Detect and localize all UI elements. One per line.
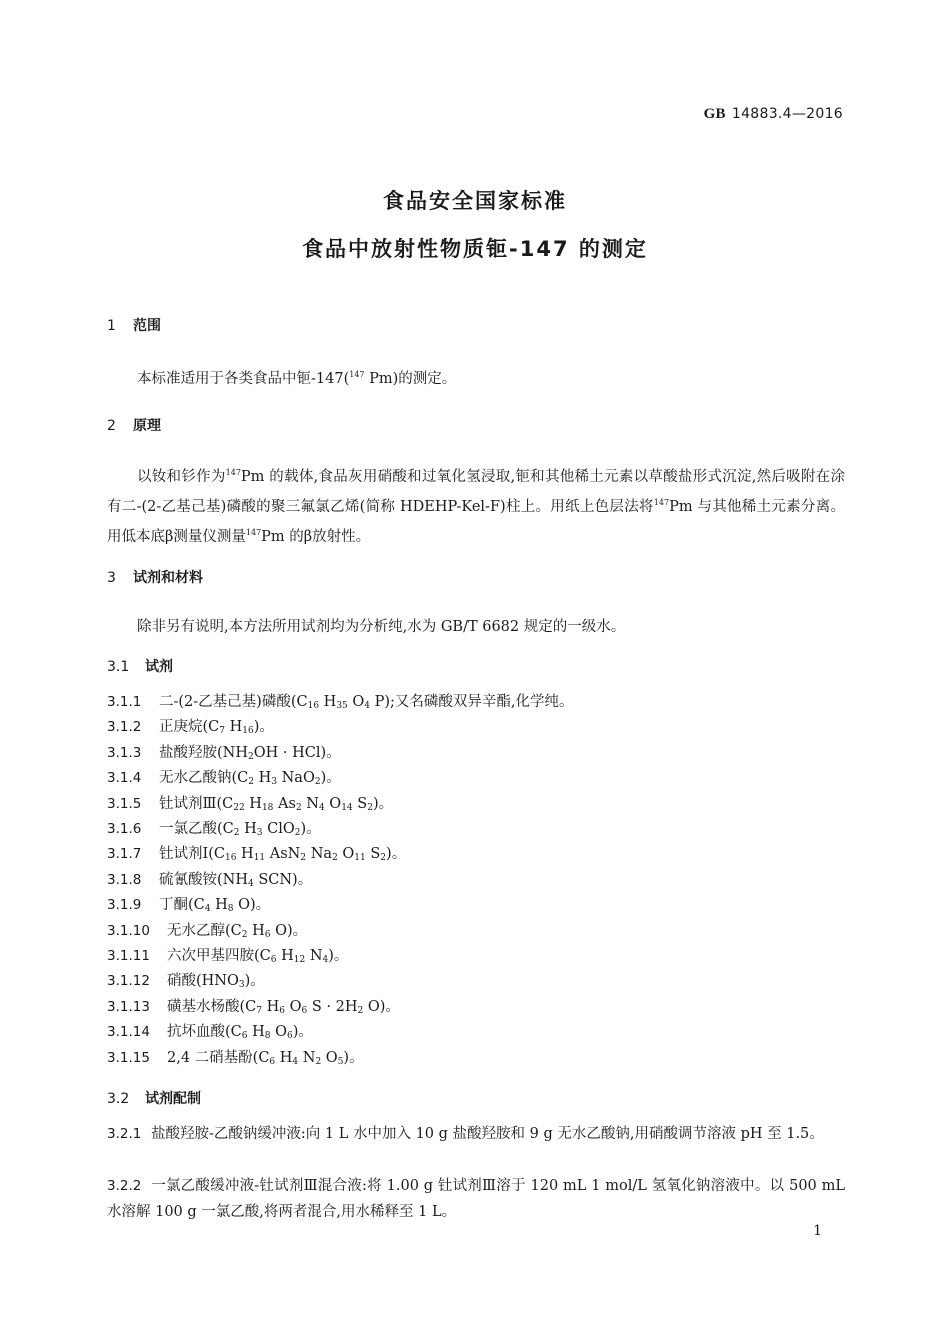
reagent-text: 钍试剂Ⅲ(C22 H18 As2 N4 O14 S2)。 [159, 796, 393, 812]
reagent-text: 二-(2-乙基己基)磷酸(C16 H35 O4 P);又名磷酸双异辛酯,化学纯。 [159, 694, 574, 710]
reagent-number: 3.1.10 [107, 923, 167, 939]
reagent-item: 3.1.11六次甲基四胺(C6 H12 N4)。 [107, 944, 348, 965]
reagent-text: 磺基水杨酸(C7 H6 O6 S · 2H2 O)。 [167, 999, 400, 1015]
reagent-text: 2,4 二硝基酚(C6 H4 N2 O5)。 [167, 1050, 364, 1066]
reagent-number: 3.1.2 [107, 719, 159, 735]
reagent-number: 3.1.9 [107, 897, 159, 913]
reagent-item: 3.1.4无水乙酸钠(C2 H3 NaO2)。 [107, 766, 341, 787]
reagent-number: 3.1.14 [107, 1024, 167, 1040]
reagent-text: 无水乙酸钠(C2 H3 NaO2)。 [159, 770, 341, 786]
reagent-item: 3.1.152,4 二硝基酚(C6 H4 N2 O5)。 [107, 1046, 364, 1067]
reagent-text: 一氯乙酸(C2 H3 ClO2)。 [159, 821, 321, 837]
gb-label: GB [704, 106, 726, 122]
reagent-text: 硫氰酸铵(NH4 SCN)。 [159, 872, 312, 888]
reagent-item: 3.1.2正庚烷(C7 H16)。 [107, 715, 274, 736]
reagent-item: 3.1.1二-(2-乙基己基)磷酸(C16 H35 O4 P);又名磷酸双异辛酯… [107, 690, 574, 711]
section-heading-reagents-materials: 3试剂和材料 [107, 567, 203, 587]
reagent-number: 3.1.12 [107, 973, 167, 989]
reagent-item: 3.1.9丁酮(C4 H8 O)。 [107, 893, 270, 914]
section-heading-reagent-preparation: 3.2试剂配制 [107, 1088, 201, 1108]
standard-number: GB14883.4—2016 [704, 106, 843, 123]
reagent-number: 3.1.3 [107, 745, 159, 761]
reagent-text: 盐酸羟胺(NH2OH · HCl)。 [159, 745, 341, 761]
reagent-item: 3.1.10无水乙醇(C2 H6 O)。 [107, 919, 307, 940]
reagent-number: 3.1.6 [107, 821, 159, 837]
preparation-item: 3.2.2一氯乙酸缓冲液-钍试剂Ⅲ混合液:将 1.00 g 钍试剂Ⅲ溶于 120… [107, 1173, 845, 1225]
reagent-text: 丁酮(C4 H8 O)。 [159, 897, 270, 913]
reagent-item: 3.1.5钍试剂Ⅲ(C22 H18 As2 N4 O14 S2)。 [107, 792, 393, 813]
reagent-text: 正庚烷(C7 H16)。 [159, 719, 274, 735]
reagent-item: 3.1.14抗坏血酸(C6 H8 O6)。 [107, 1020, 313, 1041]
reagent-text: 无水乙醇(C2 H6 O)。 [167, 923, 307, 939]
reagent-text: 硝酸(HNO3)。 [167, 973, 265, 989]
reagent-number: 3.1.15 [107, 1050, 167, 1066]
document-title: 食品安全国家标准 [0, 185, 950, 215]
reagent-item: 3.1.6一氯乙酸(C2 H3 ClO2)。 [107, 817, 321, 838]
reagent-number: 3.1.13 [107, 999, 167, 1015]
reagent-item: 3.1.12硝酸(HNO3)。 [107, 969, 265, 990]
standard-code: 14883.4—2016 [732, 106, 843, 122]
section-heading-reagents: 3.1试剂 [107, 656, 173, 676]
reagent-number: 3.1.1 [107, 694, 159, 710]
page-number: 1 [813, 1223, 822, 1239]
reagent-item: 3.1.13磺基水杨酸(C7 H6 O6 S · 2H2 O)。 [107, 995, 400, 1016]
reagent-text: 抗坏血酸(C6 H8 O6)。 [167, 1024, 313, 1040]
reagent-number: 3.1.8 [107, 872, 159, 888]
reagent-number: 3.1.5 [107, 796, 159, 812]
section-heading-principle: 2原理 [107, 415, 161, 435]
reagent-text: 钍试剂Ⅰ(C16 H11 AsN2 Na2 O11 S2)。 [159, 846, 406, 862]
principle-paragraph: 以钕和钐作为147Pm 的载体,食品灰用硝酸和过氧化氢浸取,钷和其他稀土元素以草… [107, 460, 845, 550]
reagents-intro-paragraph: 除非另有说明,本方法所用试剂均为分析纯,水为 GB/T 6682 规定的一级水。 [107, 614, 845, 640]
preparation-item: 3.2.1盐酸羟胺-乙酸钠缓冲液:向 1 L 水中加入 10 g 盐酸羟胺和 9… [107, 1121, 845, 1147]
reagent-number: 3.1.7 [107, 846, 159, 862]
reagent-text: 六次甲基四胺(C6 H12 N4)。 [167, 948, 348, 964]
scope-paragraph: 本标准适用于各类食品中钷-147(147 Pm)的测定。 [107, 362, 845, 392]
section-heading-scope: 1范围 [107, 315, 161, 335]
reagent-item: 3.1.3盐酸羟胺(NH2OH · HCl)。 [107, 741, 341, 762]
reagent-number: 3.1.11 [107, 948, 167, 964]
reagent-item: 3.1.7钍试剂Ⅰ(C16 H11 AsN2 Na2 O11 S2)。 [107, 842, 406, 863]
reagent-number: 3.1.4 [107, 770, 159, 786]
reagent-item: 3.1.8硫氰酸铵(NH4 SCN)。 [107, 868, 312, 889]
document-subtitle: 食品中放射性物质钷-147 的测定 [0, 233, 950, 263]
